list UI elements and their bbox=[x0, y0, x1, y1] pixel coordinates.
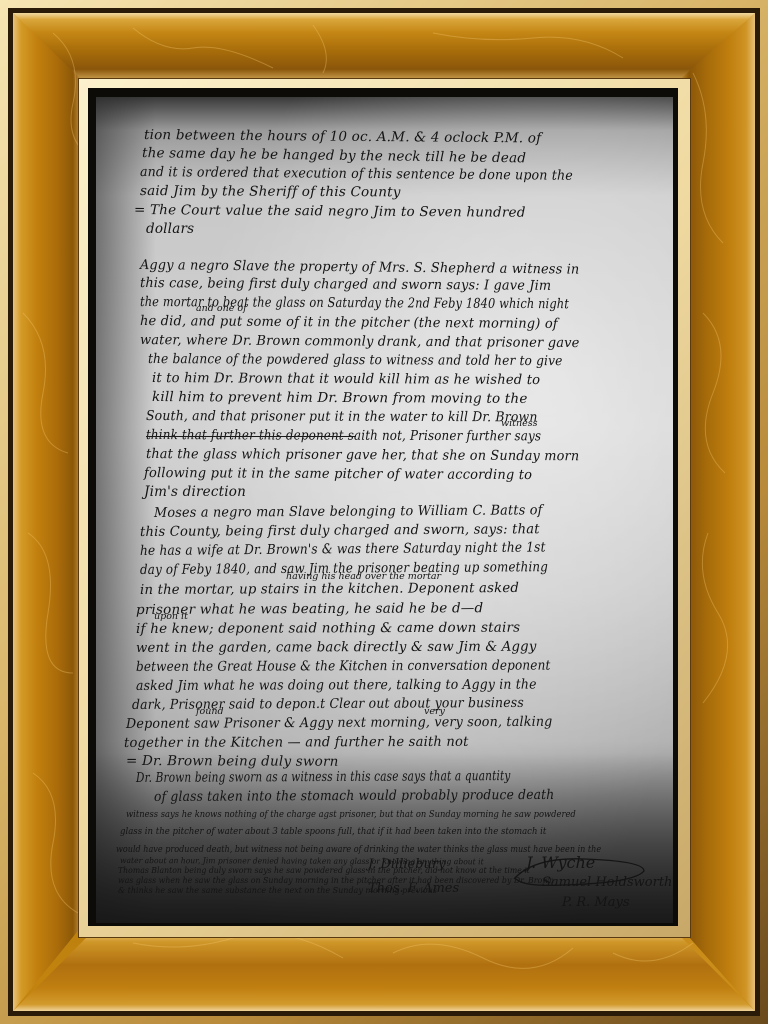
handwritten-line: water, where Dr. Brown commonly drank, a… bbox=[140, 332, 580, 351]
handwritten-line: = Dr. Brown being duly sworn bbox=[126, 753, 339, 770]
handwritten-line: Thomas Blanton being duly sworn says he … bbox=[118, 866, 530, 875]
handwritten-line: prisoner what he was beating, he said he… bbox=[136, 600, 483, 618]
handwritten-line: witness says he knows nothing of the cha… bbox=[126, 809, 576, 820]
handwritten-line: if he knew; deponent said nothing & came… bbox=[136, 620, 520, 637]
handwritten-line: glass in the pitcher of water about 3 ta… bbox=[120, 826, 546, 837]
handwritten-line: tion between the hours of 10 oc. A.M. & … bbox=[144, 127, 541, 146]
handwritten-line: that the glass which prisoner gave her, … bbox=[146, 446, 579, 464]
signature: Thos. F. Ames bbox=[368, 881, 459, 896]
handwritten-line: said Jim by the Sheriff of this County bbox=[140, 183, 401, 200]
handwritten-line: this County, being first duly charged an… bbox=[140, 521, 540, 540]
handwritten-line: in the mortar, up stairs in the kitchen.… bbox=[140, 580, 519, 598]
interlineation: and one of bbox=[196, 303, 247, 314]
strikethrough-mark bbox=[146, 436, 356, 437]
document-paper: tion between the hours of 10 oc. A.M. & … bbox=[96, 97, 673, 923]
handwritten-line: = The Court value the said negro Jim to … bbox=[134, 202, 526, 221]
handwritten-line: South, and that prisoner put it in the w… bbox=[146, 408, 538, 425]
handwritten-line: kill him to prevent him Dr. Brown from m… bbox=[152, 389, 528, 407]
frame-moulding-right bbox=[680, 13, 755, 1011]
handwritten-line: dollars bbox=[146, 221, 194, 237]
handwritten-line: Dr. Brown being sworn as a witness in th… bbox=[136, 768, 511, 786]
handwritten-line: was glass when he saw the glass on Sunda… bbox=[118, 876, 554, 885]
signature: J. Dilliebury bbox=[368, 857, 445, 872]
handwritten-line: the balance of the powdered glass to wit… bbox=[148, 351, 563, 369]
handwritten-line: it to him Dr. Brown that it would kill h… bbox=[152, 370, 540, 388]
frame-moulding-bottom bbox=[13, 927, 755, 1011]
handwritten-line: he has a wife at Dr. Brown's & was there… bbox=[140, 539, 546, 559]
handwritten-line: together in the Kitchen — and further he… bbox=[124, 734, 469, 751]
handwritten-line: asked Jim what he was doing out there, t… bbox=[136, 677, 537, 694]
picture-frame: tion between the hours of 10 oc. A.M. & … bbox=[0, 0, 768, 1024]
signature-flourish bbox=[504, 849, 654, 899]
handwritten-line: Moses a negro man Slave belonging to Wil… bbox=[154, 502, 543, 521]
handwritten-line: following put it in the same pitcher of … bbox=[144, 465, 532, 483]
handwritten-line: went in the garden, came back directly &… bbox=[136, 639, 537, 656]
frame-moulding-left bbox=[13, 13, 81, 1011]
frame-moulding-top bbox=[13, 13, 755, 79]
handwritten-line: the same day he be hanged by the neck ti… bbox=[142, 145, 526, 166]
handwritten-line: this case, being first duly charged and … bbox=[140, 275, 551, 294]
handwritten-line: dark, Prisoner said to depon.t Clear out… bbox=[132, 695, 524, 713]
handwritten-line: Jim's direction bbox=[144, 484, 246, 500]
handwritten-line: of glass taken into the stomach would pr… bbox=[154, 787, 554, 805]
handwritten-line: he did, and put some of it in the pitche… bbox=[140, 313, 558, 332]
handwritten-line: and it is ordered that execution of this… bbox=[140, 164, 573, 184]
handwritten-line: Deponent saw Prisoner & Aggy next mornin… bbox=[126, 714, 553, 732]
handwritten-line: between the Great House & the Kitchen in… bbox=[136, 658, 551, 675]
